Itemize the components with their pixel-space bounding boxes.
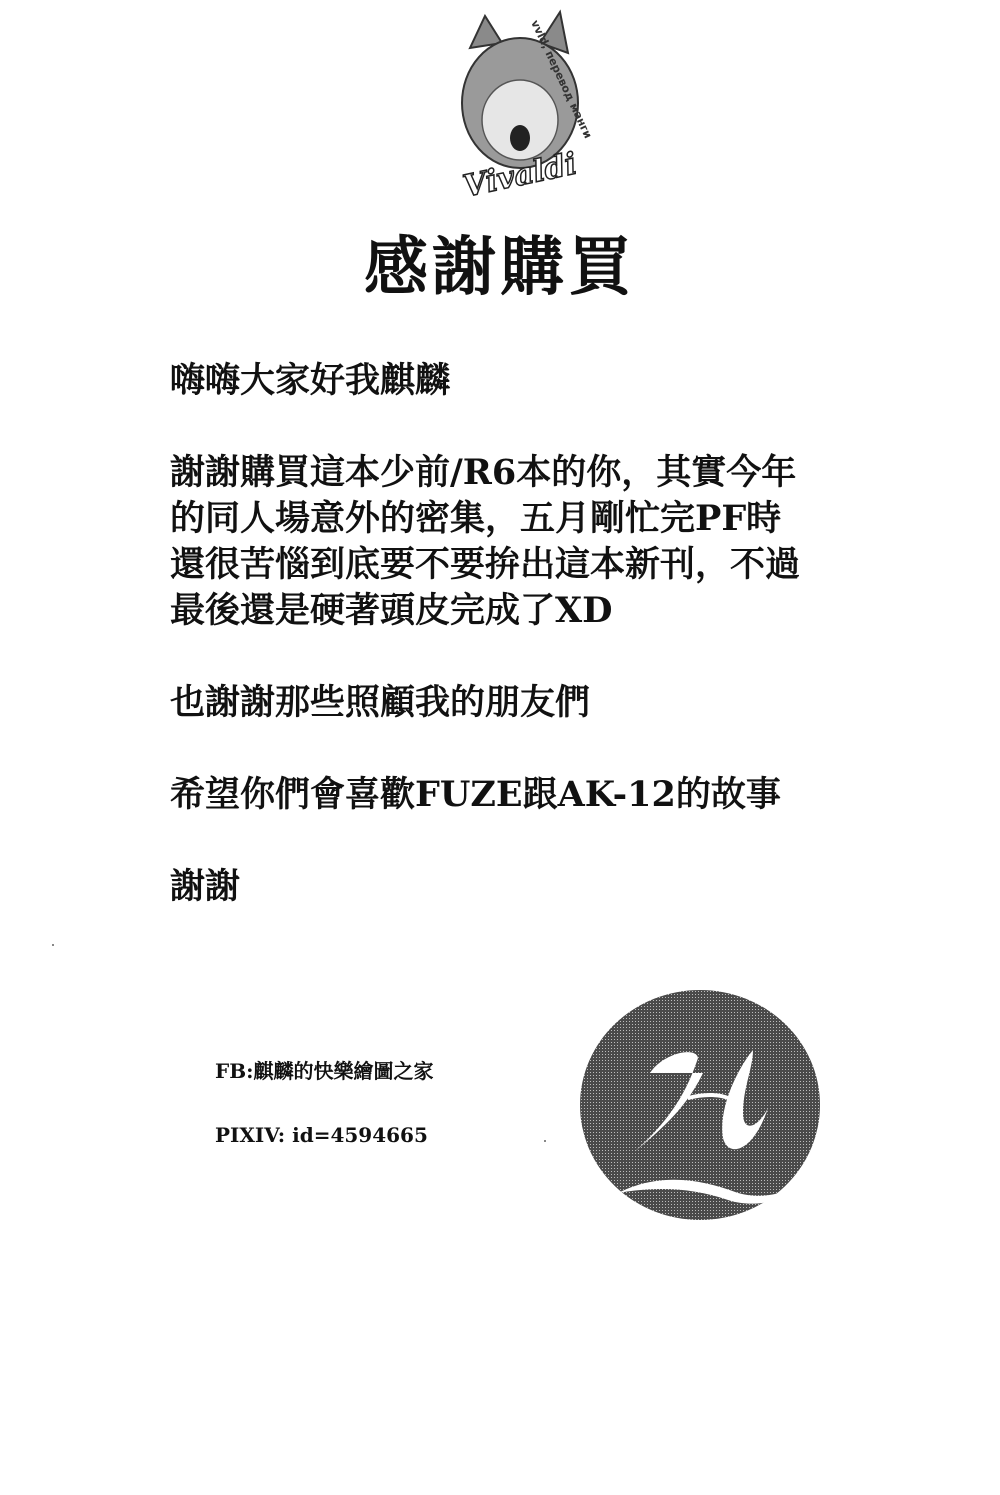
paragraph-greeting: 嗨嗨大家好我麒麟: [170, 358, 910, 404]
circle-logo-seal: [578, 988, 822, 1222]
paragraph-friends: 也謝謝那些照顧我的朋友們: [170, 680, 910, 726]
paragraph-closing: 謝謝: [170, 864, 910, 910]
page-title: 感謝購買: [0, 228, 1000, 308]
scan-speck: [544, 1140, 546, 1142]
translator-watermark: vvld, перевод манги Vivaldi: [440, 8, 600, 208]
scan-speck: [52, 944, 54, 946]
pixiv-credit: PIXIV: id=4594665: [215, 1122, 434, 1148]
paragraph-hope: 希望你們會喜歡FUZE跟AK-12的故事: [170, 772, 910, 818]
h-seal-icon: [578, 988, 822, 1222]
author-credits: FB:麒麟的快樂繪圖之家 PIXIV: id=4594665: [215, 1058, 434, 1186]
facebook-credit: FB:麒麟的快樂繪圖之家: [215, 1058, 434, 1084]
afterword-body: 嗨嗨大家好我麒麟 謝謝購買這本少前/R6本的你，其實今年 的同人場意外的密集，五…: [170, 358, 910, 956]
paragraph-thanks: 謝謝購買這本少前/R6本的你，其實今年 的同人場意外的密集，五月剛忙完PF時 還…: [170, 450, 910, 634]
